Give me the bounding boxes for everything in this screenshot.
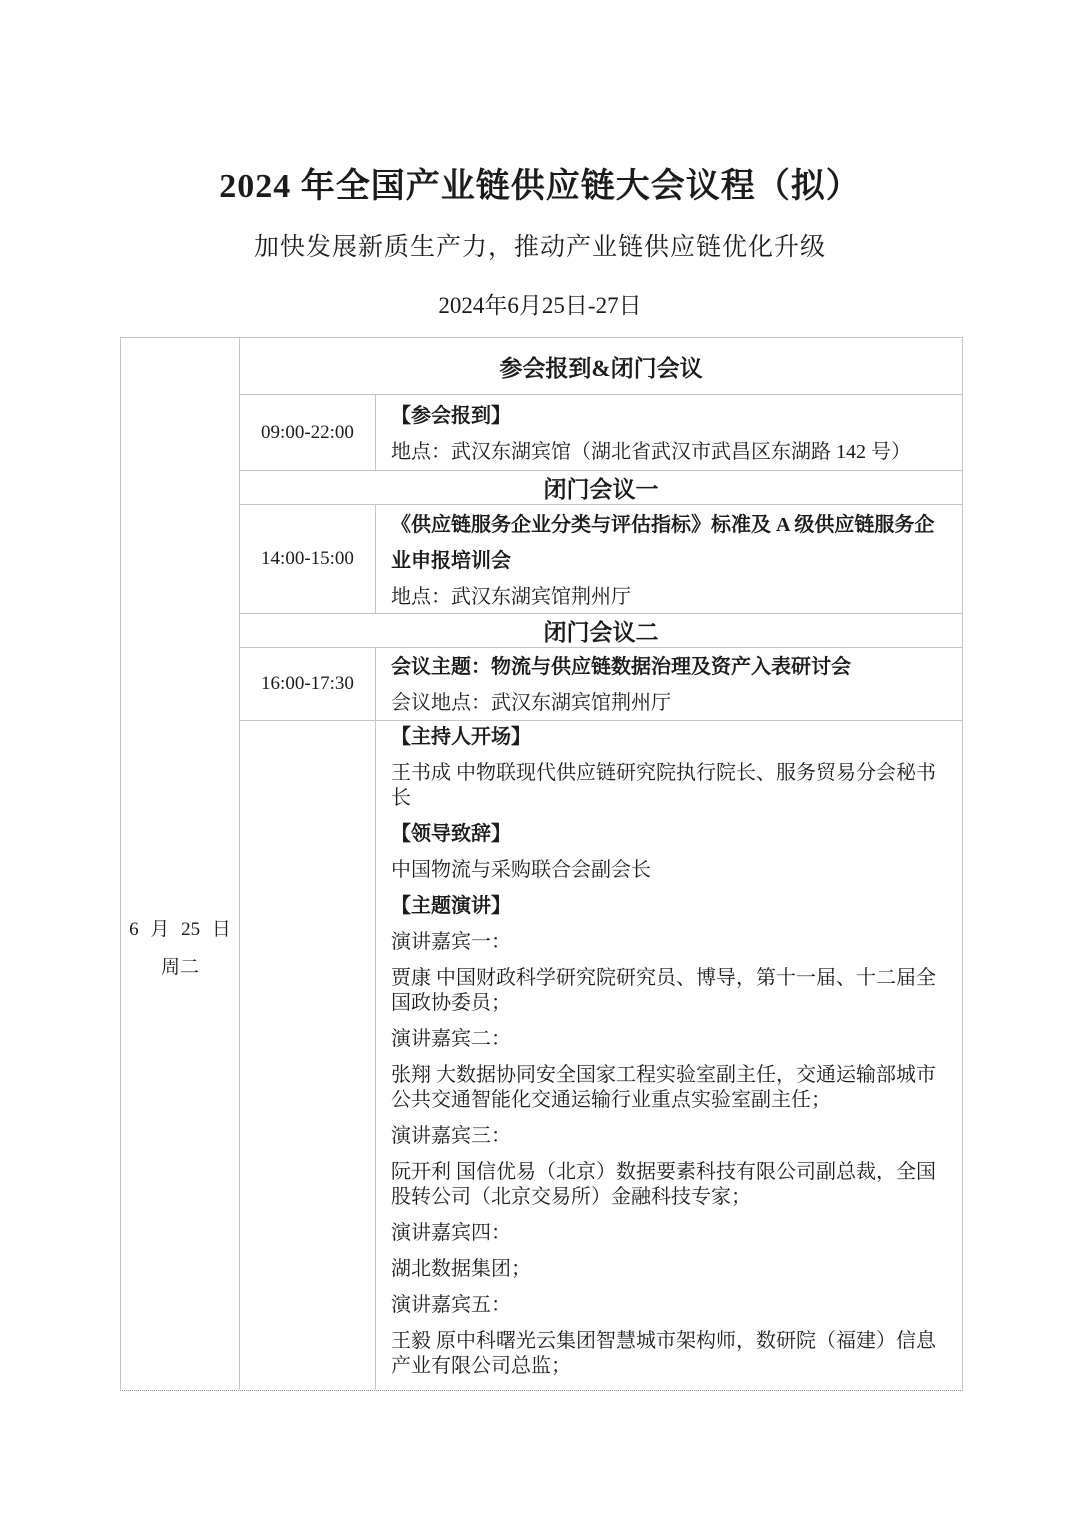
main-session-content: 【主持人开场】 王书成 中物联现代供应链研究院执行院长、服务贸易分会秘书长 【领… (376, 721, 962, 1390)
speaker1-line: 贾康 中国财政科学研究院研究员、博导，第十一届、十二届全国政协委员； (391, 966, 950, 1016)
host-line: 王书成 中物联现代供应链研究院执行院长、服务贸易分会秘书长 (391, 761, 950, 811)
speech-speaker-line: 中国物流与采购联合会副会长 (391, 858, 950, 883)
speech-header: 【领导致辞】 (391, 822, 950, 847)
speaker5-label: 演讲嘉宾五： (391, 1293, 950, 1318)
time-cell-empty (240, 721, 376, 1390)
speaker5-line: 王毅 原中科曙光云集团智慧城市架构师，数研院（福建）信息产业有限公司总监； (391, 1329, 950, 1379)
agenda-table: 6 月 25 日 周二 参会报到&闭门会议 09:00-22:00 【参会报到】… (120, 337, 963, 1391)
table-row-registration: 09:00-22:00 【参会报到】 地点：武汉东湖宾馆（湖北省武汉市武昌区东湖… (240, 395, 962, 471)
speaker3-label: 演讲嘉宾三： (391, 1124, 950, 1149)
table-row-closed-meeting-1: 14:00-15:00 《供应链服务企业分类与评估指标》标准及 A 级供应链服务… (240, 505, 962, 614)
speaker3-line: 阮开利 国信优易（北京）数据要素科技有限公司副总裁，全国股转公司（北京交易所）金… (391, 1160, 950, 1210)
page-subtitle: 加快发展新质生产力，推动产业链供应链优化升级 (0, 227, 1080, 263)
closed-meeting-2-content: 会议主题：物流与供应链数据治理及资产入表研讨会 会议地点：武汉东湖宾馆荆州厅 (376, 648, 962, 720)
closed-meeting-1-content: 《供应链服务企业分类与评估指标》标准及 A 级供应链服务企业申报培训会 地点：武… (376, 505, 962, 613)
document-page: 2024 年全国产业链供应链大会议程（拟） 加快发展新质生产力，推动产业链供应链… (0, 0, 1080, 1527)
date-text: 6 月 25 日 (129, 911, 231, 949)
table-row-main-session: 【主持人开场】 王书成 中物联现代供应链研究院执行院长、服务贸易分会秘书长 【领… (240, 721, 962, 1390)
speaker4-label: 演讲嘉宾四： (391, 1221, 950, 1246)
time-cell: 14:00-15:00 (240, 505, 376, 613)
weekday-text: 周二 (161, 949, 199, 987)
registration-title: 【参会报到】 (391, 398, 950, 434)
document-header: 2024 年全国产业链供应链大会议程（拟） 加快发展新质生产力，推动产业链供应链… (0, 0, 1080, 320)
keynote-header: 【主题演讲】 (391, 894, 950, 919)
event-dates: 2024年6月25日-27日 (0, 287, 1080, 320)
closed-meeting-1-title: 《供应链服务企业分类与评估指标》标准及 A 级供应链服务企业申报培训会 (391, 507, 950, 579)
section-header-closed-meeting-1: 闭门会议一 (240, 471, 962, 505)
section-header-closed-meeting-2: 闭门会议二 (240, 614, 962, 648)
agenda-rows: 参会报到&闭门会议 09:00-22:00 【参会报到】 地点：武汉东湖宾馆（湖… (240, 338, 962, 1390)
date-cell: 6 月 25 日 周二 (121, 338, 240, 1390)
time-cell: 16:00-17:30 (240, 648, 376, 720)
host-header: 【主持人开场】 (391, 725, 950, 750)
speaker4-line: 湖北数据集团； (391, 1257, 950, 1282)
registration-location: 地点：武汉东湖宾馆（湖北省武汉市武昌区东湖路 142 号） (391, 434, 950, 470)
table-row-closed-meeting-2: 16:00-17:30 会议主题：物流与供应链数据治理及资产入表研讨会 会议地点… (240, 648, 962, 721)
time-cell: 09:00-22:00 (240, 395, 376, 470)
section-header-registration: 参会报到&闭门会议 (240, 338, 962, 395)
speaker2-line: 张翔 大数据协同安全国家工程实验室副主任，交通运输部城市公共交通智能化交通运输行… (391, 1063, 950, 1113)
speaker2-label: 演讲嘉宾二： (391, 1027, 950, 1052)
registration-content: 【参会报到】 地点：武汉东湖宾馆（湖北省武汉市武昌区东湖路 142 号） (376, 395, 962, 470)
speaker1-label: 演讲嘉宾一： (391, 930, 950, 955)
closed-meeting-2-topic: 会议主题：物流与供应链数据治理及资产入表研讨会 (391, 649, 950, 685)
closed-meeting-2-location: 会议地点：武汉东湖宾馆荆州厅 (391, 685, 950, 721)
page-title: 2024 年全国产业链供应链大会议程（拟） (0, 168, 1080, 205)
closed-meeting-1-location: 地点：武汉东湖宾馆荆州厅 (391, 579, 950, 615)
